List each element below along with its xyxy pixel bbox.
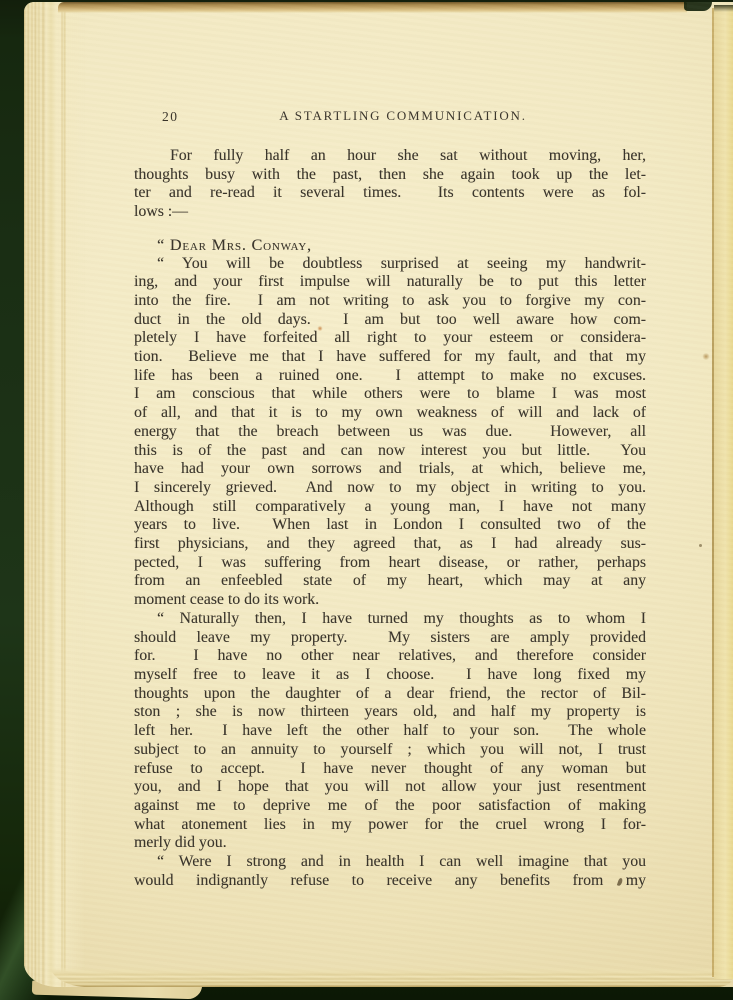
paragraph: “ Naturally then, I have turned my thoug… [134, 610, 646, 853]
text-line: would indignantly refuse to receive any … [134, 872, 646, 891]
text-line: myself free to leave it as I choose. I h… [134, 666, 646, 685]
text-line: this is of the past and can now interest… [134, 442, 646, 461]
text-line: ing, and your first impulse will natural… [134, 273, 646, 292]
text-line: duct in the old days. I am but too well … [134, 311, 646, 330]
foxing-spot [702, 353, 710, 360]
text-line: for. I have no other near relatives, and… [134, 647, 646, 666]
text-line: what atonement lies in my power for the … [134, 816, 646, 835]
book-page: 20 A STARTLING COMMUNICATION. For fully … [24, 2, 733, 987]
page-text: For fully half an hour she sat without m… [134, 147, 646, 890]
paragraph: For fully half an hour she sat without m… [134, 147, 646, 222]
page-content: 20 A STARTLING COMMUNICATION. For fully … [134, 108, 646, 890]
text-line: I am conscious that while others were to… [134, 385, 646, 404]
text-line: “ Naturally then, I have turned my thoug… [134, 610, 646, 629]
text-line: subject to an annuity to yourself ; whic… [134, 741, 646, 760]
adjacent-page-edge [714, 5, 733, 979]
page-header: 20 A STARTLING COMMUNICATION. [134, 108, 646, 125]
text-line: I sincerely grieved. And now to my objec… [134, 479, 646, 498]
paragraph: “ Were I strong and in health I can well… [134, 853, 646, 890]
text-line: you, and I hope that you will not allow … [134, 778, 646, 797]
page-stack-left-edge [24, 2, 96, 987]
text-line: against me to deprive me of the poor sat… [134, 797, 646, 816]
text-line: energy that the breach between us was du… [134, 423, 646, 442]
text-line: of all, and that it is to my own weaknes… [134, 404, 646, 423]
text-line: first physicians, and they agreed that, … [134, 535, 646, 554]
text-line: “ Dear Mrs. Conway, [134, 236, 646, 255]
letter-salutation: “ Dear Mrs. Conway, [134, 236, 646, 255]
page-stack-top-edge [58, 2, 687, 13]
text-line: Although still comparatively a young man… [134, 498, 646, 517]
cover-notch [684, 2, 712, 11]
text-line: For fully half an hour she sat without m… [134, 147, 646, 166]
text-line: moment cease to do its work. [134, 591, 646, 610]
text-line: years to live. When last in London I con… [134, 516, 646, 535]
paragraph: “ You will be doubtless surprised at see… [134, 255, 646, 610]
page-number: 20 [162, 109, 179, 125]
text-line: “ Were I strong and in health I can well… [134, 853, 646, 872]
text-line: refuse to accept. I have never thought o… [134, 760, 646, 779]
text-line: merly did you. [134, 834, 646, 853]
page-stack-bottom-edge [50, 955, 733, 987]
text-line: ter and re-read it several times. Its co… [134, 184, 646, 203]
text-line: thoughts upon the daughter of a dear fri… [134, 685, 646, 704]
text-line: have had your own sorrows and trials, at… [134, 460, 646, 479]
text-line: from an enfeebled state of my heart, whi… [134, 572, 646, 591]
text-line: left her. I have left the other half to … [134, 722, 646, 741]
text-line: “ You will be doubtless surprised at see… [134, 255, 646, 274]
text-line: life has been a ruined one. I attempt to… [134, 367, 646, 386]
text-line: ston ; she is now thirteen years old, an… [134, 703, 646, 722]
text-line: into the fire. I am not writing to ask y… [134, 292, 646, 311]
ink-speck [699, 544, 702, 547]
running-title: A STARTLING COMMUNICATION. [134, 108, 646, 124]
text-line: pletely I have forfeited all right to yo… [134, 329, 646, 348]
text-line: should leave my property. My sisters are… [134, 629, 646, 648]
text-line: lows :— [134, 203, 646, 222]
text-line: thoughts busy with the past, then she ag… [134, 166, 646, 185]
text-line: tion. Believe me that I have suffered fo… [134, 348, 646, 367]
text-line: pected, I was suffering from heart disea… [134, 554, 646, 573]
